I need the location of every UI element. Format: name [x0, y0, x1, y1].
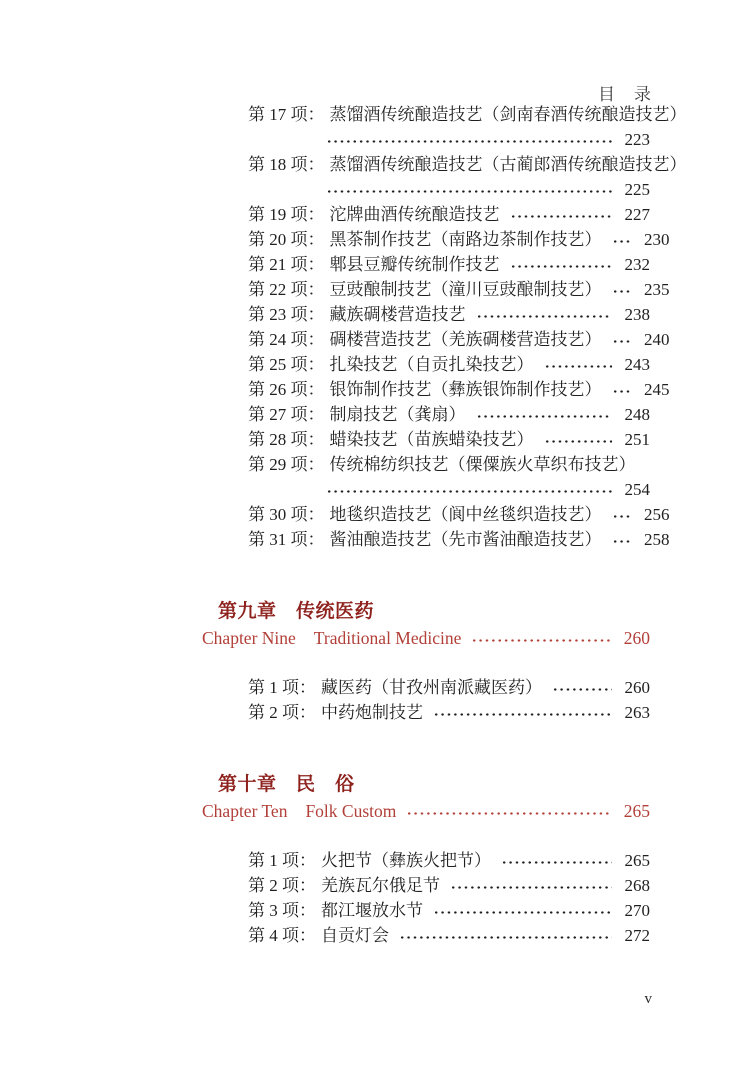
dot-leader	[501, 859, 612, 866]
toc-entry: 第 1 项： 藏医药（甘孜州南派藏医药） 260	[202, 675, 650, 700]
toc-entry: 第 18 项： 蒸馏酒传统酿造技艺（古蔺郎酒传统酿造技艺）	[202, 152, 650, 177]
dot-leader	[612, 288, 632, 295]
entry-title: 沱牌曲酒传统酿造技艺	[330, 202, 500, 227]
page-number: 245	[640, 377, 670, 402]
entry-label: 第 27 项：	[248, 402, 325, 427]
page-number: 260	[620, 675, 650, 700]
entry-label: 第 17 项：	[248, 102, 325, 127]
entry-label: 第 18 项：	[248, 152, 325, 177]
toc-entry: 第 20 项： 黑茶制作技艺（南路边茶制作技艺） 230	[202, 227, 650, 252]
entry-title: 火把节（彝族火把节）	[321, 848, 491, 873]
toc-entry: 第 19 项： 沱牌曲酒传统酿造技艺 227	[202, 202, 650, 227]
entry-title: 豆豉酿制技艺（潼川豆豉酿制技艺）	[330, 277, 602, 302]
entry-label: 第 30 项：	[248, 502, 325, 527]
entry-label: 第 3 项：	[248, 898, 316, 923]
toc-entry: 第 17 项： 蒸馏酒传统酿造技艺（剑南春酒传统酿造技艺）	[202, 102, 650, 127]
toc-entry: 第 29 项： 传统棉纺织技艺（傈僳族火草织布技艺）	[202, 452, 650, 477]
chapter-number-en: Chapter Nine	[202, 625, 296, 652]
page-number: 238	[620, 302, 650, 327]
page-footer: v	[645, 991, 653, 1008]
entry-title: 蜡染技艺（苗族蜡染技艺）	[330, 427, 534, 452]
dot-leader	[544, 363, 613, 370]
entry-title: 藏医药（甘孜州南派藏医药）	[321, 675, 542, 700]
dot-leader	[612, 513, 632, 520]
page-number: 251	[620, 427, 650, 452]
dot-leader	[612, 338, 632, 345]
page-number: 265	[620, 798, 650, 825]
toc-entry-continuation: 254	[202, 477, 650, 502]
entry-label: 第 2 项：	[248, 873, 316, 898]
toc-entry: 第 28 项： 蜡染技艺（苗族蜡染技艺） 251	[202, 427, 650, 452]
dot-leader	[476, 313, 613, 320]
footer-page-number: v	[645, 991, 653, 1007]
entry-title: 银饰制作技艺（彝族银饰制作技艺）	[330, 377, 602, 402]
toc-entry: 第 1 项： 火把节（彝族火把节） 265	[202, 848, 650, 873]
toc-item-list: 第 17 项： 蒸馏酒传统酿造技艺（剑南春酒传统酿造技艺） 223 第 18 项…	[202, 102, 650, 552]
entry-label: 第 28 项：	[248, 427, 325, 452]
chapter-section-ten: 第十章 民 俗 Chapter Ten Folk Custom 265 第 1 …	[202, 771, 650, 948]
chapter-title-en: Traditional Medicine	[314, 625, 462, 652]
toc-entry: 第 23 项： 藏族碉楼营造技艺 238	[202, 302, 650, 327]
chapter-title-en: Folk Custom	[305, 798, 396, 825]
entry-title: 扎染技艺（自贡扎染技艺）	[330, 352, 534, 377]
dot-leader	[612, 538, 632, 545]
toc-entry: 第 22 项： 豆豉酿制技艺（潼川豆豉酿制技艺） 235	[202, 277, 650, 302]
toc-entry-continuation: 223	[202, 127, 650, 152]
entry-title: 地毯织造技艺（阆中丝毯织造技艺）	[330, 502, 602, 527]
page-number: 240	[640, 327, 670, 352]
entry-label: 第 21 项：	[248, 252, 325, 277]
dot-leader	[612, 388, 632, 395]
chapter-item-list: 第 1 项： 藏医药（甘孜州南派藏医药） 260 第 2 项： 中药炮制技艺 2…	[202, 675, 650, 725]
page-number: 268	[620, 873, 650, 898]
toc-entry: 第 30 项： 地毯织造技艺（阆中丝毯织造技艺） 256	[202, 502, 650, 527]
page-number: 254	[620, 477, 650, 502]
entry-label: 第 29 项：	[248, 452, 325, 477]
dot-leader	[476, 413, 613, 420]
dot-leader	[433, 909, 612, 916]
page-number: 260	[620, 625, 650, 652]
entry-label: 第 31 项：	[248, 527, 325, 552]
chapter-item-list: 第 1 项： 火把节（彝族火把节） 265 第 2 项： 羌族瓦尔俄足节 268…	[202, 848, 650, 948]
entry-label: 第 1 项：	[248, 848, 316, 873]
dot-leader	[326, 138, 612, 145]
dot-leader	[510, 263, 613, 270]
entry-label: 第 26 项：	[248, 377, 325, 402]
dot-leader	[552, 686, 612, 693]
page-number: 258	[640, 527, 670, 552]
entry-title: 蒸馏酒传统酿造技艺（古蔺郎酒传统酿造技艺）	[330, 152, 687, 177]
page-number: 270	[620, 898, 650, 923]
dot-leader	[326, 188, 612, 195]
entry-title: 制扇技艺（龚扇）	[330, 402, 466, 427]
dot-leader	[471, 637, 612, 644]
page-number: 263	[620, 700, 650, 725]
entry-title: 都江堰放水节	[321, 898, 423, 923]
entry-label: 第 24 项：	[248, 327, 325, 352]
page-number: 230	[640, 227, 670, 252]
page-number: 243	[620, 352, 650, 377]
entry-title: 藏族碉楼营造技艺	[330, 302, 466, 327]
dot-leader	[450, 884, 612, 891]
chapter-heading-en: Chapter Nine Traditional Medicine 260	[202, 625, 650, 652]
toc-entry: 第 2 项： 中药炮制技艺 263	[202, 700, 650, 725]
dot-leader	[510, 213, 613, 220]
toc-entry: 第 3 项： 都江堰放水节 270	[202, 898, 650, 923]
page-number: 256	[640, 502, 670, 527]
page-number: 272	[620, 923, 650, 948]
toc-entry: 第 4 项： 自贡灯会 272	[202, 923, 650, 948]
page-number: 227	[620, 202, 650, 227]
dot-leader	[326, 488, 612, 495]
entry-label: 第 1 项：	[248, 675, 316, 700]
toc-entry: 第 2 项： 羌族瓦尔俄足节 268	[202, 873, 650, 898]
toc-content: 第 17 项： 蒸馏酒传统酿造技艺（剑南春酒传统酿造技艺） 223 第 18 项…	[202, 102, 650, 948]
chapter-number-en: Chapter Ten	[202, 798, 287, 825]
entry-title: 中药炮制技艺	[321, 700, 423, 725]
entry-title: 自贡灯会	[321, 923, 389, 948]
chapter-heading-en: Chapter Ten Folk Custom 265	[202, 798, 650, 825]
entry-label: 第 22 项：	[248, 277, 325, 302]
page-number: 265	[620, 848, 650, 873]
toc-entry: 第 25 项： 扎染技艺（自贡扎染技艺） 243	[202, 352, 650, 377]
toc-page: 目 录 第 17 项： 蒸馏酒传统酿造技艺（剑南春酒传统酿造技艺） 223 第 …	[0, 0, 750, 1066]
entry-title: 酱油酿造技艺（先市酱油酿造技艺）	[330, 527, 602, 552]
dot-leader	[612, 238, 632, 245]
entry-title: 传统棉纺织技艺（傈僳族火草织布技艺）	[330, 452, 636, 477]
entry-title: 郫县豆瓣传统制作技艺	[330, 252, 500, 277]
chapter-section-nine: 第九章 传统医药 Chapter Nine Traditional Medici…	[202, 598, 650, 725]
entry-label: 第 19 项：	[248, 202, 325, 227]
dot-leader	[433, 711, 612, 718]
page-number: 235	[640, 277, 670, 302]
dot-leader	[406, 810, 612, 817]
page-number: 225	[620, 177, 650, 202]
entry-label: 第 25 项：	[248, 352, 325, 377]
toc-entry-continuation: 225	[202, 177, 650, 202]
dot-leader	[544, 438, 613, 445]
chapter-heading-zh: 第九章 传统医药	[218, 598, 650, 625]
toc-entry: 第 26 项： 银饰制作技艺（彝族银饰制作技艺） 245	[202, 377, 650, 402]
page-number: 232	[620, 252, 650, 277]
entry-label: 第 2 项：	[248, 700, 316, 725]
toc-entry: 第 24 项： 碉楼营造技艺（羌族碉楼营造技艺） 240	[202, 327, 650, 352]
chapter-heading-zh: 第十章 民 俗	[218, 771, 650, 798]
toc-entry: 第 31 项： 酱油酿造技艺（先市酱油酿造技艺） 258	[202, 527, 650, 552]
entry-title: 碉楼营造技艺（羌族碉楼营造技艺）	[330, 327, 602, 352]
entry-title: 黑茶制作技艺（南路边茶制作技艺）	[330, 227, 602, 252]
entry-title: 蒸馏酒传统酿造技艺（剑南春酒传统酿造技艺）	[330, 102, 687, 127]
entry-title: 羌族瓦尔俄足节	[321, 873, 440, 898]
toc-entry: 第 27 项： 制扇技艺（龚扇） 248	[202, 402, 650, 427]
entry-label: 第 23 项：	[248, 302, 325, 327]
page-number: 223	[620, 127, 650, 152]
toc-entry: 第 21 项： 郫县豆瓣传统制作技艺 232	[202, 252, 650, 277]
entry-label: 第 20 项：	[248, 227, 325, 252]
page-number: 248	[620, 402, 650, 427]
entry-label: 第 4 项：	[248, 923, 316, 948]
dot-leader	[399, 934, 612, 941]
